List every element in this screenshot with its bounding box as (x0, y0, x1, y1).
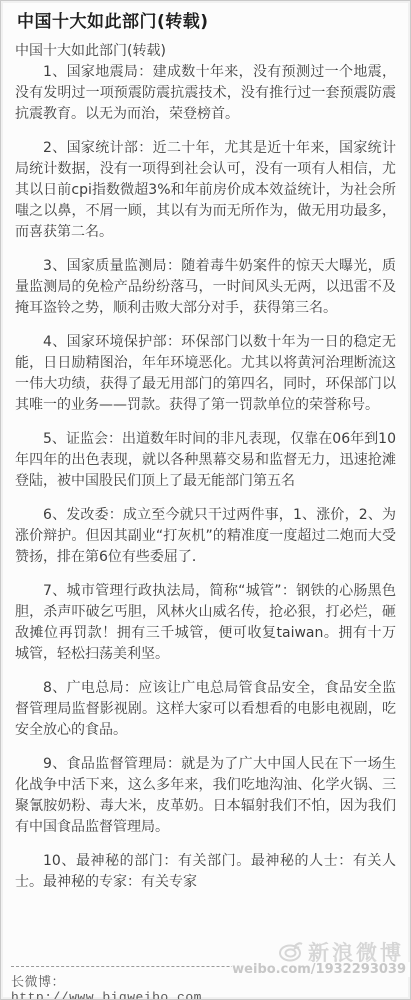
subtitle: 中国十大如此部门(转载) (15, 41, 396, 62)
watermark-brand: 新浪微博 (308, 942, 404, 964)
longweibo-source-label: 长微博：http://www.bigweibo.com (11, 971, 232, 1000)
paragraph-4: 4、国家环境保护部：环保部门以数十年为一日的稳定无能，日日励精图治，年年环境恶化… (15, 332, 396, 416)
paragraph-7: 7、城市管理行政执法局，简称“城管”：钢铁的心肠黑色胆，杀声吓破乞丐胆，风林火山… (15, 581, 396, 665)
paragraph-6: 6、发改委：成立至今就只干过两件事，1、涨价，2、为涨价辩护。但因其副业“打灰机… (15, 505, 396, 568)
body-paragraphs: 1、国家地震局：建成数十年来，没有预测过一个地震，没有发明过一项预震防震抗震技术… (15, 62, 396, 893)
paragraph-2: 2、国家统计部：近二十年，尤其是近十年来，国家统计局统计数据，没有一项得到社会认… (15, 138, 396, 243)
footer: 长微博：http://www.bigweibo.com weibo.com/19… (11, 966, 410, 999)
paragraph-8: 8、广电总局：应该让广电总局管食品安全，食品安全监督管理局监督影视剧。这样大家可… (15, 678, 396, 741)
watermark-profile-url: weibo.com/1932293039 (232, 962, 410, 977)
paragraph-10: 10、最神秘的部门：有关部门。最神秘的人士：有关人士。最神秘的专家：有关专家 (15, 851, 396, 893)
long-weibo-image: 中国十大如此部门(转载) 中国十大如此部门(转载) 1、国家地震局：建成数十年来… (0, 0, 411, 1000)
paragraph-5: 5、证监会：出道数年时间的非凡表现，仅靠在06年到10年四年的出色表现，就以各种… (15, 429, 396, 492)
paragraph-1: 1、国家地震局：建成数十年来，没有预测过一个地震，没有发明过一项预震防震抗震技术… (15, 62, 396, 125)
paragraph-3: 3、国家质量监测局：随着毒牛奶案件的惊天大曝光，质量监测局的免检产品纷纷落马，一… (15, 256, 396, 319)
paragraph-9: 9、食品监督管理局：就是为了广大中国人民在下一场生化战争中活下来，这么多年来，我… (15, 754, 396, 838)
page-title: 中国十大如此部门(转载) (17, 10, 396, 34)
